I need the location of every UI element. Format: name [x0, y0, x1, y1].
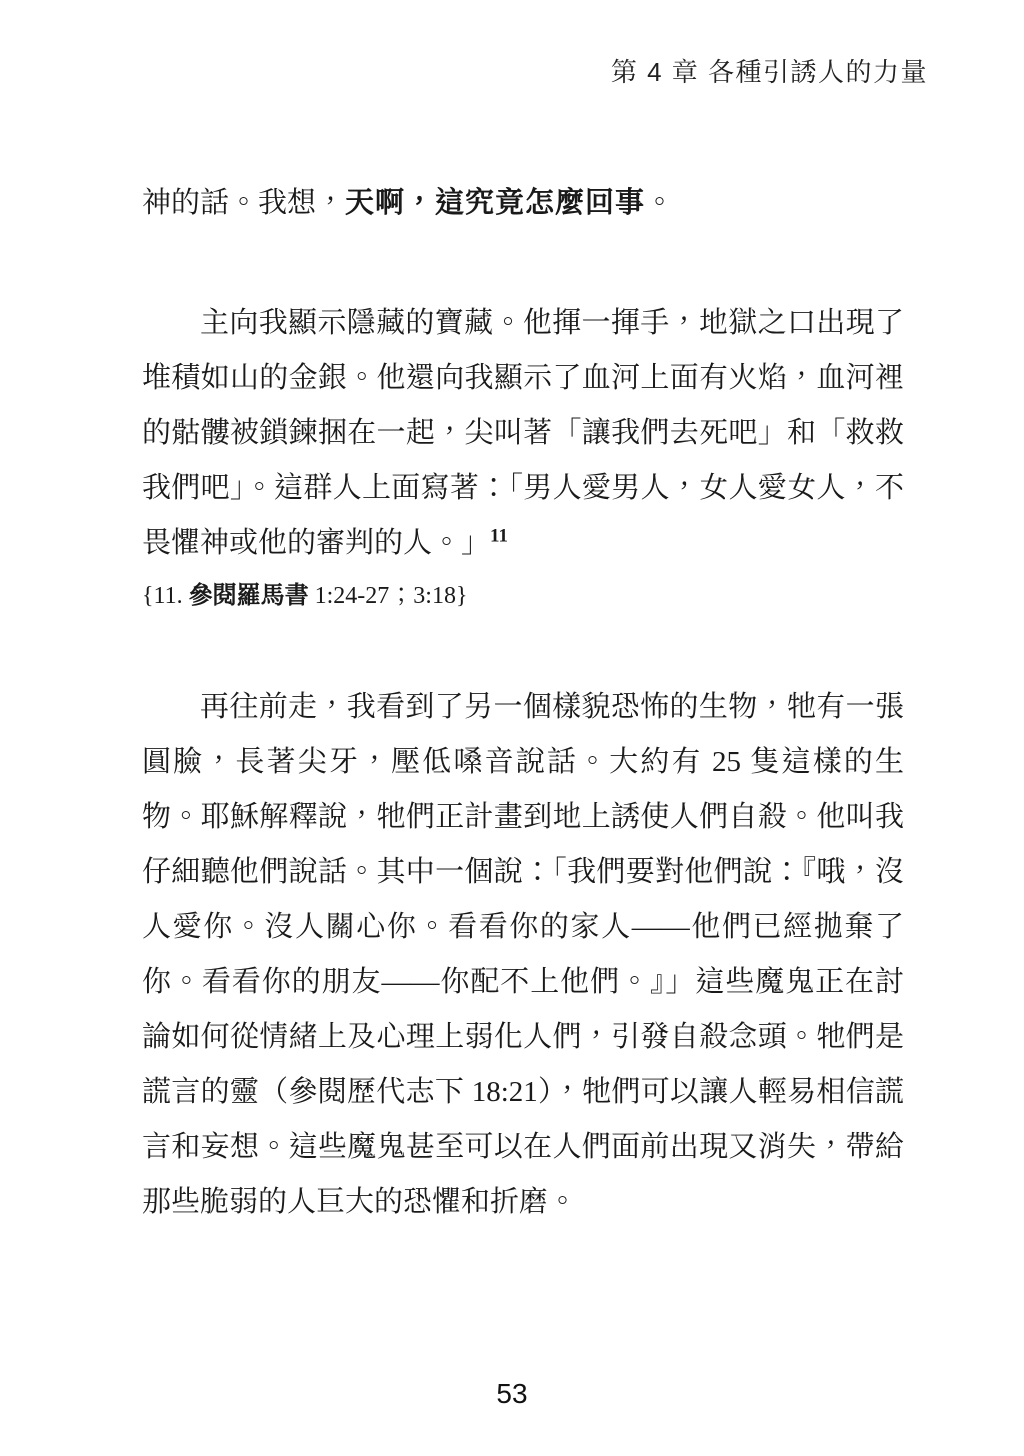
paragraph-creatures: 再往前走，我看到了另一個樣貌恐怖的生物，牠有一張圓臉，長著尖牙，壓低嗓音說話。大…	[142, 680, 904, 1230]
footnote-reference-marker: 11	[490, 525, 508, 546]
page-number: 53	[0, 1378, 1024, 1410]
emphasized-phrase: 天啊，這究竟怎麼回事	[345, 187, 645, 219]
footnote-number: {11.	[142, 583, 189, 609]
footnote-scripture-reference: 1:24-27；3:18}	[309, 583, 468, 609]
paragraph-text: 。	[645, 187, 674, 219]
footnote-source-label: 參閱羅馬書	[189, 582, 309, 609]
paragraph-text: 神的話。我想，	[142, 187, 345, 219]
book-page: { "page": { "header": "第 4 章 各種引誘人的力量", …	[0, 0, 1024, 1456]
chapter-running-header: 第 4 章 各種引誘人的力量	[0, 52, 928, 89]
paragraph-vision: 主向我顯示隱藏的寶藏。他揮一揮手，地獄之口出現了堆積如山的金銀。他還向我顯示了血…	[142, 296, 904, 571]
paragraph-continuation: 神的話。我想，天啊，這究竟怎麼回事。	[142, 176, 904, 231]
footnote: {11. 參閱羅馬書 1:24-27；3:18}	[142, 578, 904, 614]
paragraph-text: 主向我顯示隱藏的寶藏。他揮一揮手，地獄之口出現了堆積如山的金銀。他還向我顯示了血…	[142, 307, 904, 559]
